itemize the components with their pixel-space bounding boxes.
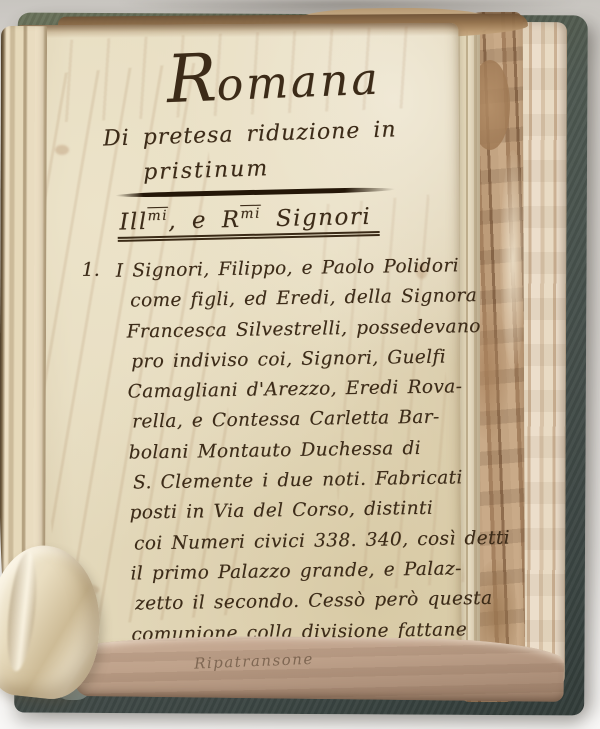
- page-title: Romana: [165, 36, 381, 117]
- wrapper-label: Ripatransone: [194, 650, 314, 673]
- photo-scene: Romana Di pretesa riduzione in pristinum…: [0, 0, 600, 729]
- wrapper-band: Ripatransone: [76, 634, 565, 702]
- paragraph-number: 1.: [82, 259, 100, 281]
- heading-superscript: mi: [240, 206, 261, 222]
- salutation-heading: Illmi, e Rmi Signori: [117, 203, 380, 242]
- manuscript-page: Romana Di pretesa riduzione in pristinum…: [18, 23, 461, 653]
- manuscript-line: Francesca Silvestrelli, possedevano: [126, 311, 506, 347]
- title-flourish-rule: [115, 187, 395, 198]
- subtitle-line-2: pristinum: [143, 156, 270, 185]
- heading-text: Signori: [261, 204, 372, 232]
- manuscript-line: S. Clemente i due noti. Fabricati: [133, 463, 509, 499]
- age-spot: [55, 145, 69, 155]
- heading-text: , e R: [168, 207, 241, 235]
- heading-text: Ill: [119, 209, 148, 236]
- subtitle-line-1: Di pretesa riduzione in: [103, 117, 397, 151]
- manuscript-body: I Signori, Filippo, e Paolo Polidori com…: [116, 251, 512, 651]
- heading-superscript: mi: [147, 208, 168, 224]
